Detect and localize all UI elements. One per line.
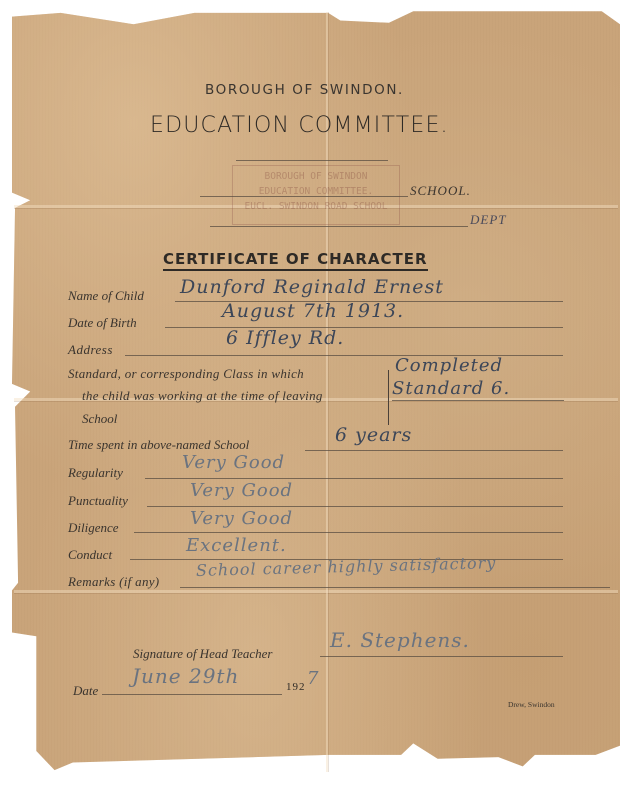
standard-label-line-3: School [82,411,117,427]
dept-rule [210,226,468,227]
school-stamp: BOROUGH OF SWINDON EDUCATION COMMITTEE. … [232,165,400,225]
fold-shadow-horizontal-bottom [14,593,618,594]
standard-rule [392,400,564,401]
signature-value: E. Stephens. [330,628,470,652]
dob-label: Date of Birth [68,315,137,331]
name-value: Dunford Reginald Ernest [180,276,444,298]
diligence-value: Very Good [190,508,293,529]
remarks-rule [180,587,610,588]
dept-label: DEPT [470,212,507,228]
dob-value: August 7th 1913. [222,300,404,322]
stamp-line-1: BOROUGH OF SWINDON [233,169,399,184]
diligence-rule [134,532,563,533]
name-label: Name of Child [68,288,144,304]
standard-label-line-2: the child was working at the time of lea… [82,388,323,404]
time-spent-value: 6 years [335,424,412,446]
punctuality-label: Punctuality [68,493,128,509]
punctuality-value: Very Good [190,480,293,501]
punctuality-rule [147,506,563,507]
diligence-label: Diligence [68,520,119,536]
conduct-value: Excellent. [186,535,287,556]
signature-rule [320,656,563,657]
date-value: June 29th [132,664,239,688]
school-label: SCHOOL. [410,183,471,199]
date-year-suffix: 7 [307,668,319,689]
time-spent-label: Time spent in above-named School [68,437,249,453]
standard-brace [388,370,389,425]
signature-label: Signature of Head Teacher [133,646,273,662]
committee-heading: EDUCATION COMMITTEE. [150,113,449,138]
date-label: Date [73,683,98,699]
header-short-rule [236,160,388,161]
printer-mark: Drew, Swindon [508,700,555,709]
school-rule [200,196,408,197]
stamp-line-3: EUCL. SWINDON ROAD SCHOOL [233,199,399,214]
standard-value-line-1: Completed [395,355,503,376]
conduct-label: Conduct [68,547,112,563]
time-spent-rule [305,450,563,451]
date-year-prefix: 192 [286,681,306,693]
standard-value-line-2: Standard 6. [392,378,510,399]
dob-rule [165,327,563,328]
borough-heading: BOROUGH OF SWINDON. [205,82,404,98]
regularity-value: Very Good [182,452,285,473]
date-rule [102,694,282,695]
certificate-title: CERTIFICATE OF CHARACTER [163,250,428,271]
regularity-label: Regularity [68,465,123,481]
remarks-label: Remarks (if any) [68,574,159,590]
regularity-rule [145,478,563,479]
standard-label-line-1: Standard, or corresponding Class in whic… [68,366,304,382]
address-label: Address [68,342,113,358]
address-value: 6 Iffley Rd. [226,327,344,349]
